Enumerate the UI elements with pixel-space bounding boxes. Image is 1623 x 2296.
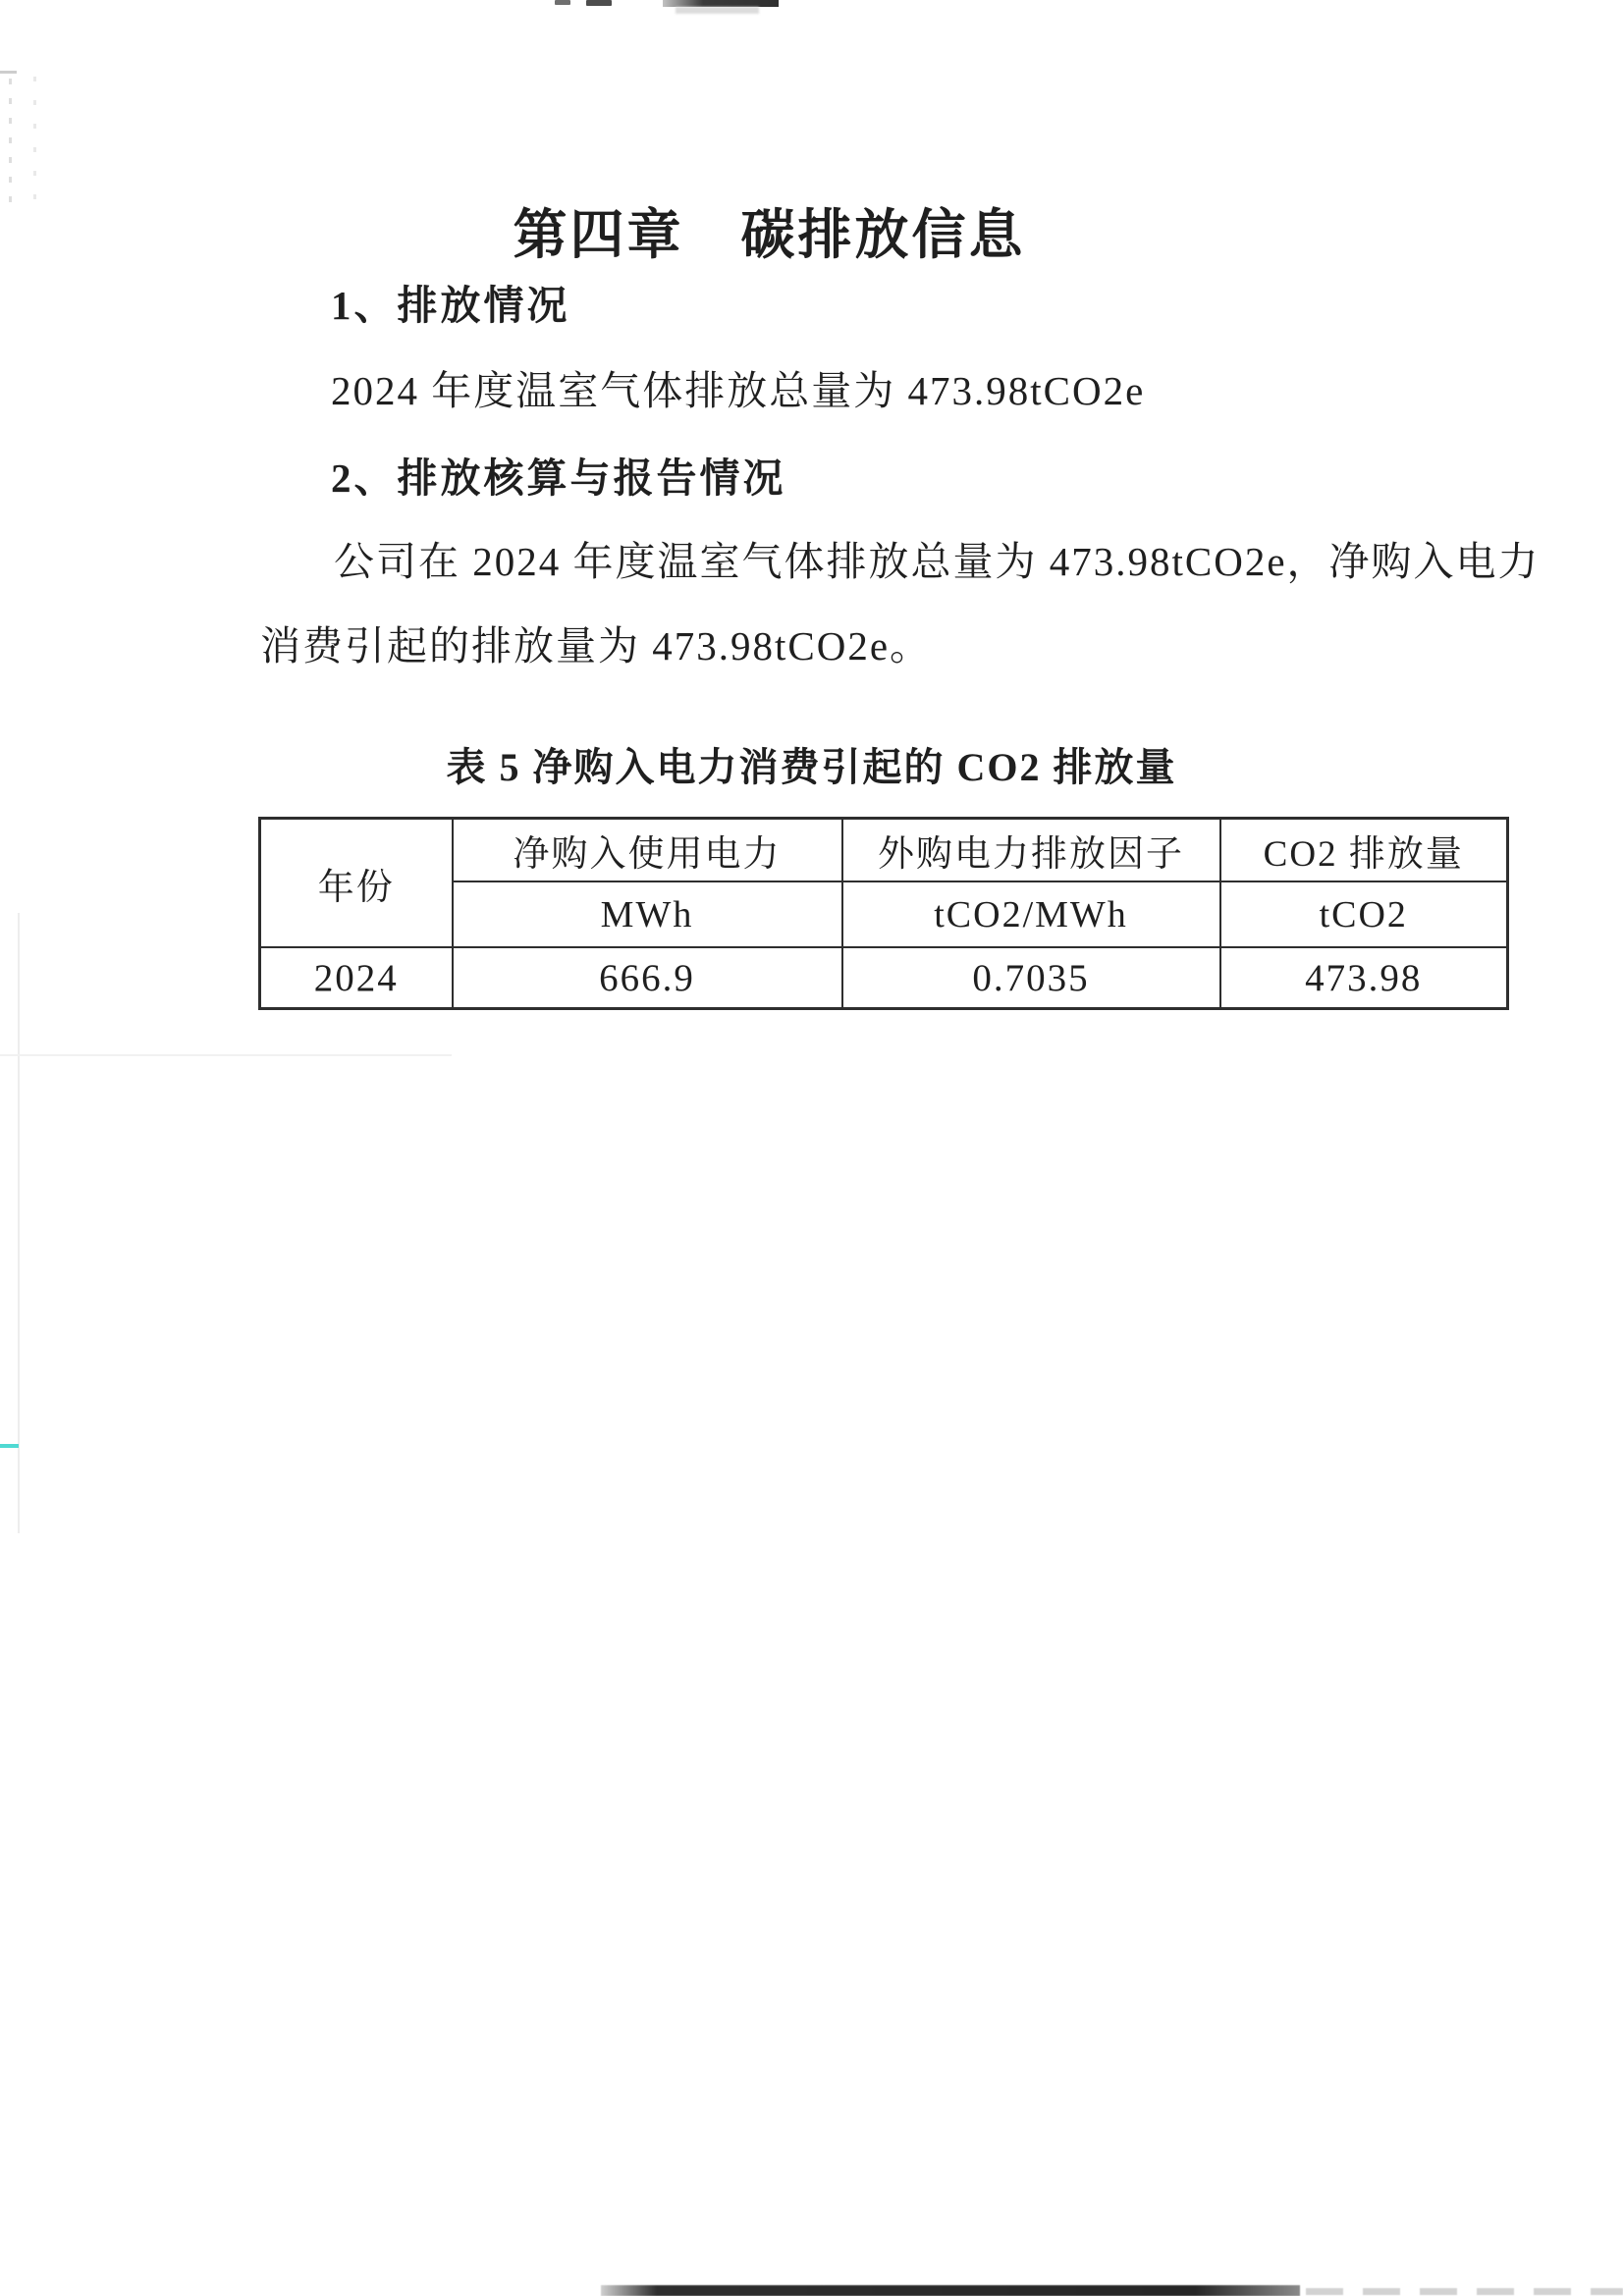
scan-artifact-left-vertical-line: [18, 913, 20, 1533]
data-cell-emission-factor: 0.7035: [842, 947, 1220, 1009]
scan-artifact-top-dark-strip: [663, 0, 779, 7]
scan-artifact-cyan-line: [0, 1444, 19, 1448]
co2-emissions-table: 年份 净购入使用电力 外购电力排放因子 CO2 排放量 MWh tCO2/MWh…: [258, 817, 1509, 1010]
unit-cell-tco2: tCO2: [1220, 881, 1508, 947]
section-2-body-line-2: 消费引起的排放量为 473.98tCO2e。: [260, 622, 932, 669]
table-data-row: 2024 666.9 0.7035 473.98: [260, 947, 1508, 1009]
header-cell-emission-factor: 外购电力排放因子: [842, 819, 1220, 882]
data-cell-net-purchased-electricity: 666.9: [453, 947, 842, 1009]
section-2-heading: 2、排放核算与报告情况: [331, 455, 786, 501]
section-1-body-text: 2024 年度温室气体排放总量为 473.98tCO2e: [331, 367, 1145, 414]
scan-artifact-bottom-light-dashes: [1306, 2288, 1623, 2295]
scan-artifact-top-mark-left: [555, 0, 570, 5]
scan-artifact-top-smudge: [676, 7, 759, 14]
data-cell-co2-emissions: 473.98: [1220, 947, 1508, 1009]
header-cell-co2-emissions: CO2 排放量: [1220, 819, 1508, 882]
scan-artifact-faint-horizontal-line: [0, 1054, 452, 1056]
table-header-row: 年份 净购入使用电力 外购电力排放因子 CO2 排放量: [260, 819, 1508, 882]
scan-artifact-bottom-dark-strip: [601, 2285, 1300, 2296]
scan-artifact-left-dotted-line-1: [9, 79, 12, 208]
scan-artifact-top-mark-mid: [586, 0, 612, 6]
scanned-document-page: 第四章 碳排放信息 1、排放情况 2024 年度温室气体排放总量为 473.98…: [0, 0, 1623, 2296]
header-cell-net-purchased-electricity: 净购入使用电力: [453, 819, 842, 882]
data-cell-year: 2024: [260, 947, 453, 1009]
section-2-body-line-1: 公司在 2024 年度温室气体排放总量为 473.98tCO2e，净购入电力: [334, 538, 1541, 585]
section-1-heading: 1、排放情况: [331, 283, 570, 328]
chapter-title: 第四章 碳排放信息: [0, 205, 1623, 266]
scan-artifact-left-top-line: [0, 71, 17, 74]
table-caption: 表 5 净购入电力消费引起的 CO2 排放量: [0, 744, 1623, 791]
scan-artifact-left-dotted-line-2: [33, 77, 36, 204]
header-cell-year: 年份: [260, 819, 453, 948]
unit-cell-tco2-per-mwh: tCO2/MWh: [842, 881, 1220, 947]
unit-cell-mwh: MWh: [453, 881, 842, 947]
